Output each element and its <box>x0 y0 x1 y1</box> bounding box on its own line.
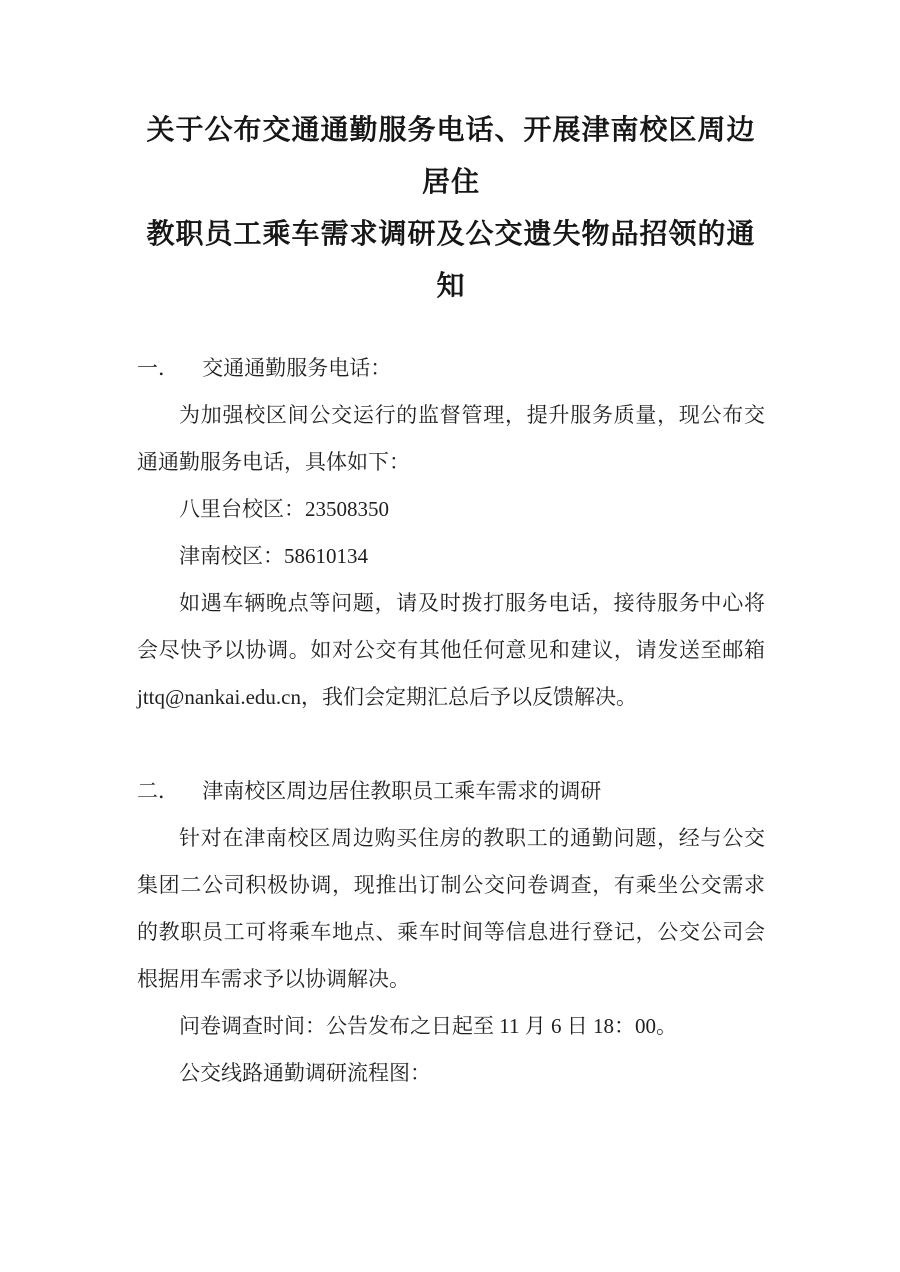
title-line-2: 教职员工乘车需求调研及公交遗失物品招领的通知 <box>137 209 765 313</box>
survey-time-line: 问卷调查时间：公告发布之日起至 11 月 6 日 18：00。 <box>137 1003 765 1050</box>
survey-body-paragraph: 针对在津南校区周边购买住房的教职工的通勤问题，经与公交集团二公司积极协调，现推出… <box>137 815 765 1003</box>
section-ride-survey: 二． 津南校区周边居住教职员工乘车需求的调研 针对在津南校区周边购买住房的教职工… <box>137 768 765 1097</box>
notice-title: 关于公布交通通勤服务电话、开展津南校区周边居住 教职员工乘车需求调研及公交遗失物… <box>137 105 765 313</box>
section-1-number: 一． <box>137 345 179 392</box>
section-2-heading: 二． 津南校区周边居住教职员工乘车需求的调研 <box>137 768 765 815</box>
jinnan-phone-number: 58610134 <box>284 544 368 568</box>
section-2-number: 二． <box>137 768 179 815</box>
intro-paragraph: 为加强校区间公交运行的监督管理，提升服务质量，现公布交通通勤服务电话，具体如下： <box>137 392 765 486</box>
balitai-phone-number: 23508350 <box>305 497 389 521</box>
phone-line-jinnan: 津南校区：58610134 <box>137 533 765 580</box>
section-1-heading: 一． 交通通勤服务电话： <box>137 345 765 392</box>
section-1-heading-text: 交通通勤服务电话： <box>202 356 391 380</box>
notice-page: 关于公布交通通勤服务电话、开展津南校区周边居住 教职员工乘车需求调研及公交遗失物… <box>0 0 900 1272</box>
section-transport-phone: 一． 交通通勤服务电话： 为加强校区间公交运行的监督管理，提升服务质量，现公布交… <box>137 345 765 721</box>
phone-line-balitai: 八里台校区：23508350 <box>137 486 765 533</box>
section-2-heading-text: 津南校区周边居住教职员工乘车需求的调研 <box>202 779 601 803</box>
balitai-campus-label: 八里台校区： <box>179 497 305 521</box>
feedback-paragraph: 如遇车辆晚点等问题，请及时拨打服务电话，接待服务中心将会尽快予以协调。如对公交有… <box>137 580 765 721</box>
flowchart-label-line: 公交线路通勤调研流程图： <box>137 1050 765 1097</box>
jinnan-campus-label: 津南校区： <box>179 544 284 568</box>
title-line-1: 关于公布交通通勤服务电话、开展津南校区周边居住 <box>137 105 765 209</box>
